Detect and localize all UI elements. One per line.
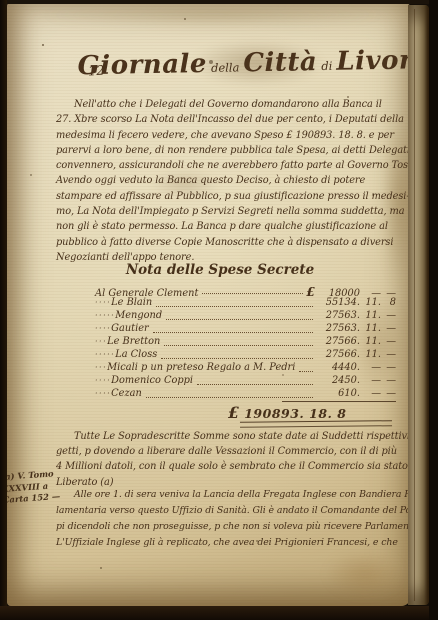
text-line: L'Uffiziale Inglese gli à replicato, che… [56,535,410,551]
ditto-marks: ···· [95,324,111,333]
sum-rule [282,401,396,402]
expense-recipient: Gautier [111,323,152,334]
amount-lire: 27566. [316,349,360,360]
amount-denari: — [381,388,396,399]
dotted-leader [164,345,313,346]
amount-denari: — [381,375,396,386]
expenses-total: £ 190893. 18. 8 [228,403,346,422]
amount-soldi: 11. [360,336,381,347]
lira-currency-symbol: £ [228,403,239,422]
secret-expenses-table: Al Generale Clement £ 18000 — — ···· Le … [95,284,396,401]
amount-denari: — [381,362,396,373]
text-line: Avendo oggi veduto la Banca questo Decis… [56,173,408,188]
table-row: ···· Domenico Coppi 2450. — — [95,375,396,388]
amount-lire: 27566. [316,336,360,347]
text-line: lamentaria verso questo Uffizio di Sanit… [56,503,410,519]
table-row: ····· Mengond 27563. 11. — [95,310,396,323]
expense-recipient: Micali p un preteso Regalo a M. Pedri [107,362,298,373]
amount-lire: 55134. [316,297,360,308]
table-row: ···· Le Blain 55134. 11. 8 [95,297,396,310]
page-edge-line [414,9,415,601]
expense-recipient: La Closs [115,349,160,360]
photo-border-left [0,0,7,620]
dotted-leader [161,358,313,359]
amount-denari: — [381,310,396,321]
dotted-leader [197,384,313,385]
expense-table-heading: Nota delle Spese Secrete [108,262,332,278]
title-word-di: di [321,59,332,73]
text-line: 4 Millioni datoli, con il quale solo è s… [56,459,408,474]
photo-border-right [429,0,438,620]
amount-denari: — [381,336,396,347]
text-line: parervi a loro bene, di non rendere pubb… [56,143,408,158]
manuscript-photo: 12 Giornale della Città di Livorno Nell'… [0,0,438,620]
dotted-leader [146,397,313,398]
page-title: Giornale della Città di Livorno [116,45,412,80]
lira-currency-symbol: £ [306,284,315,299]
text-line: mo, La Nota dell'Impiegato p Servizi Seg… [56,204,408,219]
text-line: Tutte Le Sopradescritte Somme sono state… [56,429,408,444]
title-word-giornale: Giornale [77,49,207,81]
table-row: ··· Le Bretton 27566. 11. — [95,336,396,349]
dotted-leader [153,332,313,333]
paragraph-bank-note: Nell'atto che i Delegati del Governo dom… [56,97,408,265]
amount-lire: 4440. [316,362,360,373]
amount-denari: — [381,323,396,334]
amount-lire: 2450. [316,375,360,386]
text-line: pi dicendoli che non proseguisse, p che … [56,519,410,535]
title-word-citta: Città [243,47,317,78]
title-word-della: della [211,60,240,74]
text-line: convennero, assicurandoli che ne averebb… [56,158,408,173]
text-line: getti, p dovendo a liberare dalle Vessaz… [56,444,408,459]
ditto-marks: ···· [95,376,111,385]
text-line: non gli è stato permesso. La Banca p dar… [56,219,408,234]
amount-lire: 27563. [316,323,360,334]
ditto-marks: ··· [95,363,107,372]
table-row: ···· Gautier 27563. 11. — [95,323,396,336]
table-row: ····· La Closs 27566. 11. — [95,349,396,362]
amount-soldi: — [360,388,381,399]
ditto-marks: ····· [95,350,115,359]
amount-soldi: 11. [360,297,381,308]
ditto-marks: ··· [95,337,107,346]
text-line: Alle ore 1. di sera veniva la Lancia del… [56,487,410,503]
text-line: 27. Xbre scorso La Nota dell'Incasso del… [56,112,408,127]
dotted-leader [166,319,313,320]
expense-recipient: Le Bretton [107,336,163,347]
text-line: stampare ed affissare al Pubblico, p sua… [56,189,408,204]
table-row: ···· Cezan 610. — — [95,388,396,401]
amount-soldi: 11. [360,349,381,360]
amount-lire: 27563. [316,310,360,321]
photo-border-top [0,0,438,4]
table-row: ··· Micali p un preteso Regalo a M. Pedr… [95,362,396,375]
text-line: medesima li fecero vedere, che avevano S… [56,128,408,143]
amount-denari: 8 [381,297,396,308]
ditto-marks: ···· [95,389,111,398]
ditto-marks: ····· [95,311,115,320]
amount-soldi: — [360,375,381,386]
photo-border-bottom [0,606,438,620]
ink-specks [42,44,44,46]
amount-soldi: 11. [360,323,381,334]
paragraph-frigate-note: Alle ore 1. di sera veniva la Lancia del… [56,487,410,551]
table-row: Al Generale Clement £ 18000 — — [95,284,396,297]
paragraph-sums-note: Tutte Le Sopradescritte Somme sono state… [56,429,408,490]
total-amount: 190893. 18. 8 [244,406,346,421]
expense-recipient: Mengond [115,310,165,321]
text-line: pubblico à fatto diverse Copie Manoscrit… [56,235,408,250]
amount-denari: — [381,349,396,360]
book-page-edges [408,5,429,605]
amount-soldi: — [360,362,381,373]
ditto-marks: ···· [95,298,111,307]
expense-recipient: Le Blain [111,297,155,308]
expense-recipient: Cezan [111,388,145,399]
dotted-leader [299,371,313,372]
text-line: Nell'atto che i Delegati del Governo dom… [56,97,408,112]
dotted-leader [156,306,313,307]
dotted-leader [202,293,303,294]
amount-lire: 610. [316,388,360,399]
amount-soldi: 11. [360,310,381,321]
margin-reference-note: (a) V. Tomo XXXVIII a Carta 152 — [1,468,59,506]
expense-recipient: Domenico Coppi [111,375,196,386]
